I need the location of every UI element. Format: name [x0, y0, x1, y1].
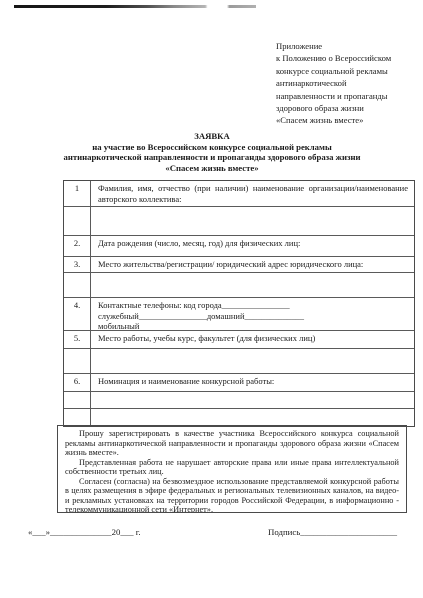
table-row-empty	[64, 207, 414, 236]
appendix-reference-block: Приложение к Положению о Всероссийском к…	[276, 40, 416, 127]
table-row: 3. Место жительства/регистрации/ юридиче…	[64, 257, 414, 273]
row-number	[64, 349, 91, 373]
document-title-block: ЗАЯВКА на участие во Всероссийском конку…	[12, 131, 412, 174]
row-text: Фамилия, имя, отчество (при наличии) наи…	[91, 181, 414, 206]
row-number: 2.	[64, 236, 91, 256]
scan-artifact-line	[14, 5, 256, 8]
application-form-table: 1 Фамилия, имя, отчество (при наличии) н…	[63, 180, 415, 427]
row-number	[64, 207, 91, 235]
row-text	[91, 409, 414, 426]
table-row: 6. Номинация и наименование конкурсной р…	[64, 374, 414, 392]
row-text: Место работы, учебы курс, факультет (для…	[91, 331, 414, 348]
table-row: 5. Место работы, учебы курс, факультет (…	[64, 331, 414, 349]
consent-paragraph-copyright: Представленная работа не нарушает авторс…	[65, 458, 399, 477]
row-number: 6.	[64, 374, 91, 391]
row-number: 1	[64, 181, 91, 206]
row-text: Дата рождения (число, месяц, год) для фи…	[91, 236, 414, 256]
row-text: Место жительства/регистрации/ юридически…	[91, 257, 414, 272]
table-row-empty	[64, 273, 414, 298]
title-subtitle-line: на участие во Всероссийском конкурсе соц…	[12, 142, 412, 153]
appendix-line: направленности и пропаганды	[276, 90, 416, 102]
row-number	[64, 273, 91, 297]
table-row: 2. Дата рождения (число, месяц, год) для…	[64, 236, 414, 257]
appendix-line: здорового образа жизни	[276, 102, 416, 114]
row-text	[91, 349, 414, 373]
consent-statements-box: Прошу зарегистрировать в качестве участн…	[57, 425, 407, 513]
title-subtitle-line: антинаркотической направленности и пропа…	[12, 152, 412, 163]
row-text	[91, 273, 414, 297]
table-row-empty	[64, 409, 414, 426]
appendix-line: Приложение	[276, 40, 416, 52]
row-number	[64, 392, 91, 408]
appendix-line: к Положению о Всероссийском	[276, 52, 416, 64]
row-text	[91, 207, 414, 235]
row-number: 3.	[64, 257, 91, 272]
consent-paragraph-usage: Согласен (согласна) на безвозмездное исп…	[65, 477, 399, 514]
scanned-application-form-page: { "appendix": { "lines": [ "Приложение",…	[0, 0, 423, 598]
table-row-empty	[64, 349, 414, 374]
row-text	[91, 392, 414, 408]
consent-paragraph-registration: Прошу зарегистрировать в качестве участн…	[65, 429, 399, 458]
row-text: Контактные телефоны: код города_________…	[91, 298, 414, 330]
row-number: 4.	[64, 298, 91, 330]
table-row: 4. Контактные телефоны: код города______…	[64, 298, 414, 331]
row-number	[64, 409, 91, 426]
row-text: Номинация и наименование конкурсной рабо…	[91, 374, 414, 391]
table-row: 1 Фамилия, имя, отчество (при наличии) н…	[64, 181, 414, 207]
signature-fill-in-line: Подпись______________________	[268, 527, 397, 537]
appendix-line: антинаркотической	[276, 77, 416, 89]
appendix-line: конкурсе социальной рекламы	[276, 65, 416, 77]
row-number: 5.	[64, 331, 91, 348]
table-row-empty	[64, 392, 414, 409]
appendix-line: «Спасем жизнь вместе»	[276, 114, 416, 126]
title-subtitle-line: «Спасем жизнь вместе»	[12, 163, 412, 174]
page-title: ЗАЯВКА	[12, 131, 412, 142]
date-fill-in-line: «___»______________20___ г.	[28, 527, 141, 537]
